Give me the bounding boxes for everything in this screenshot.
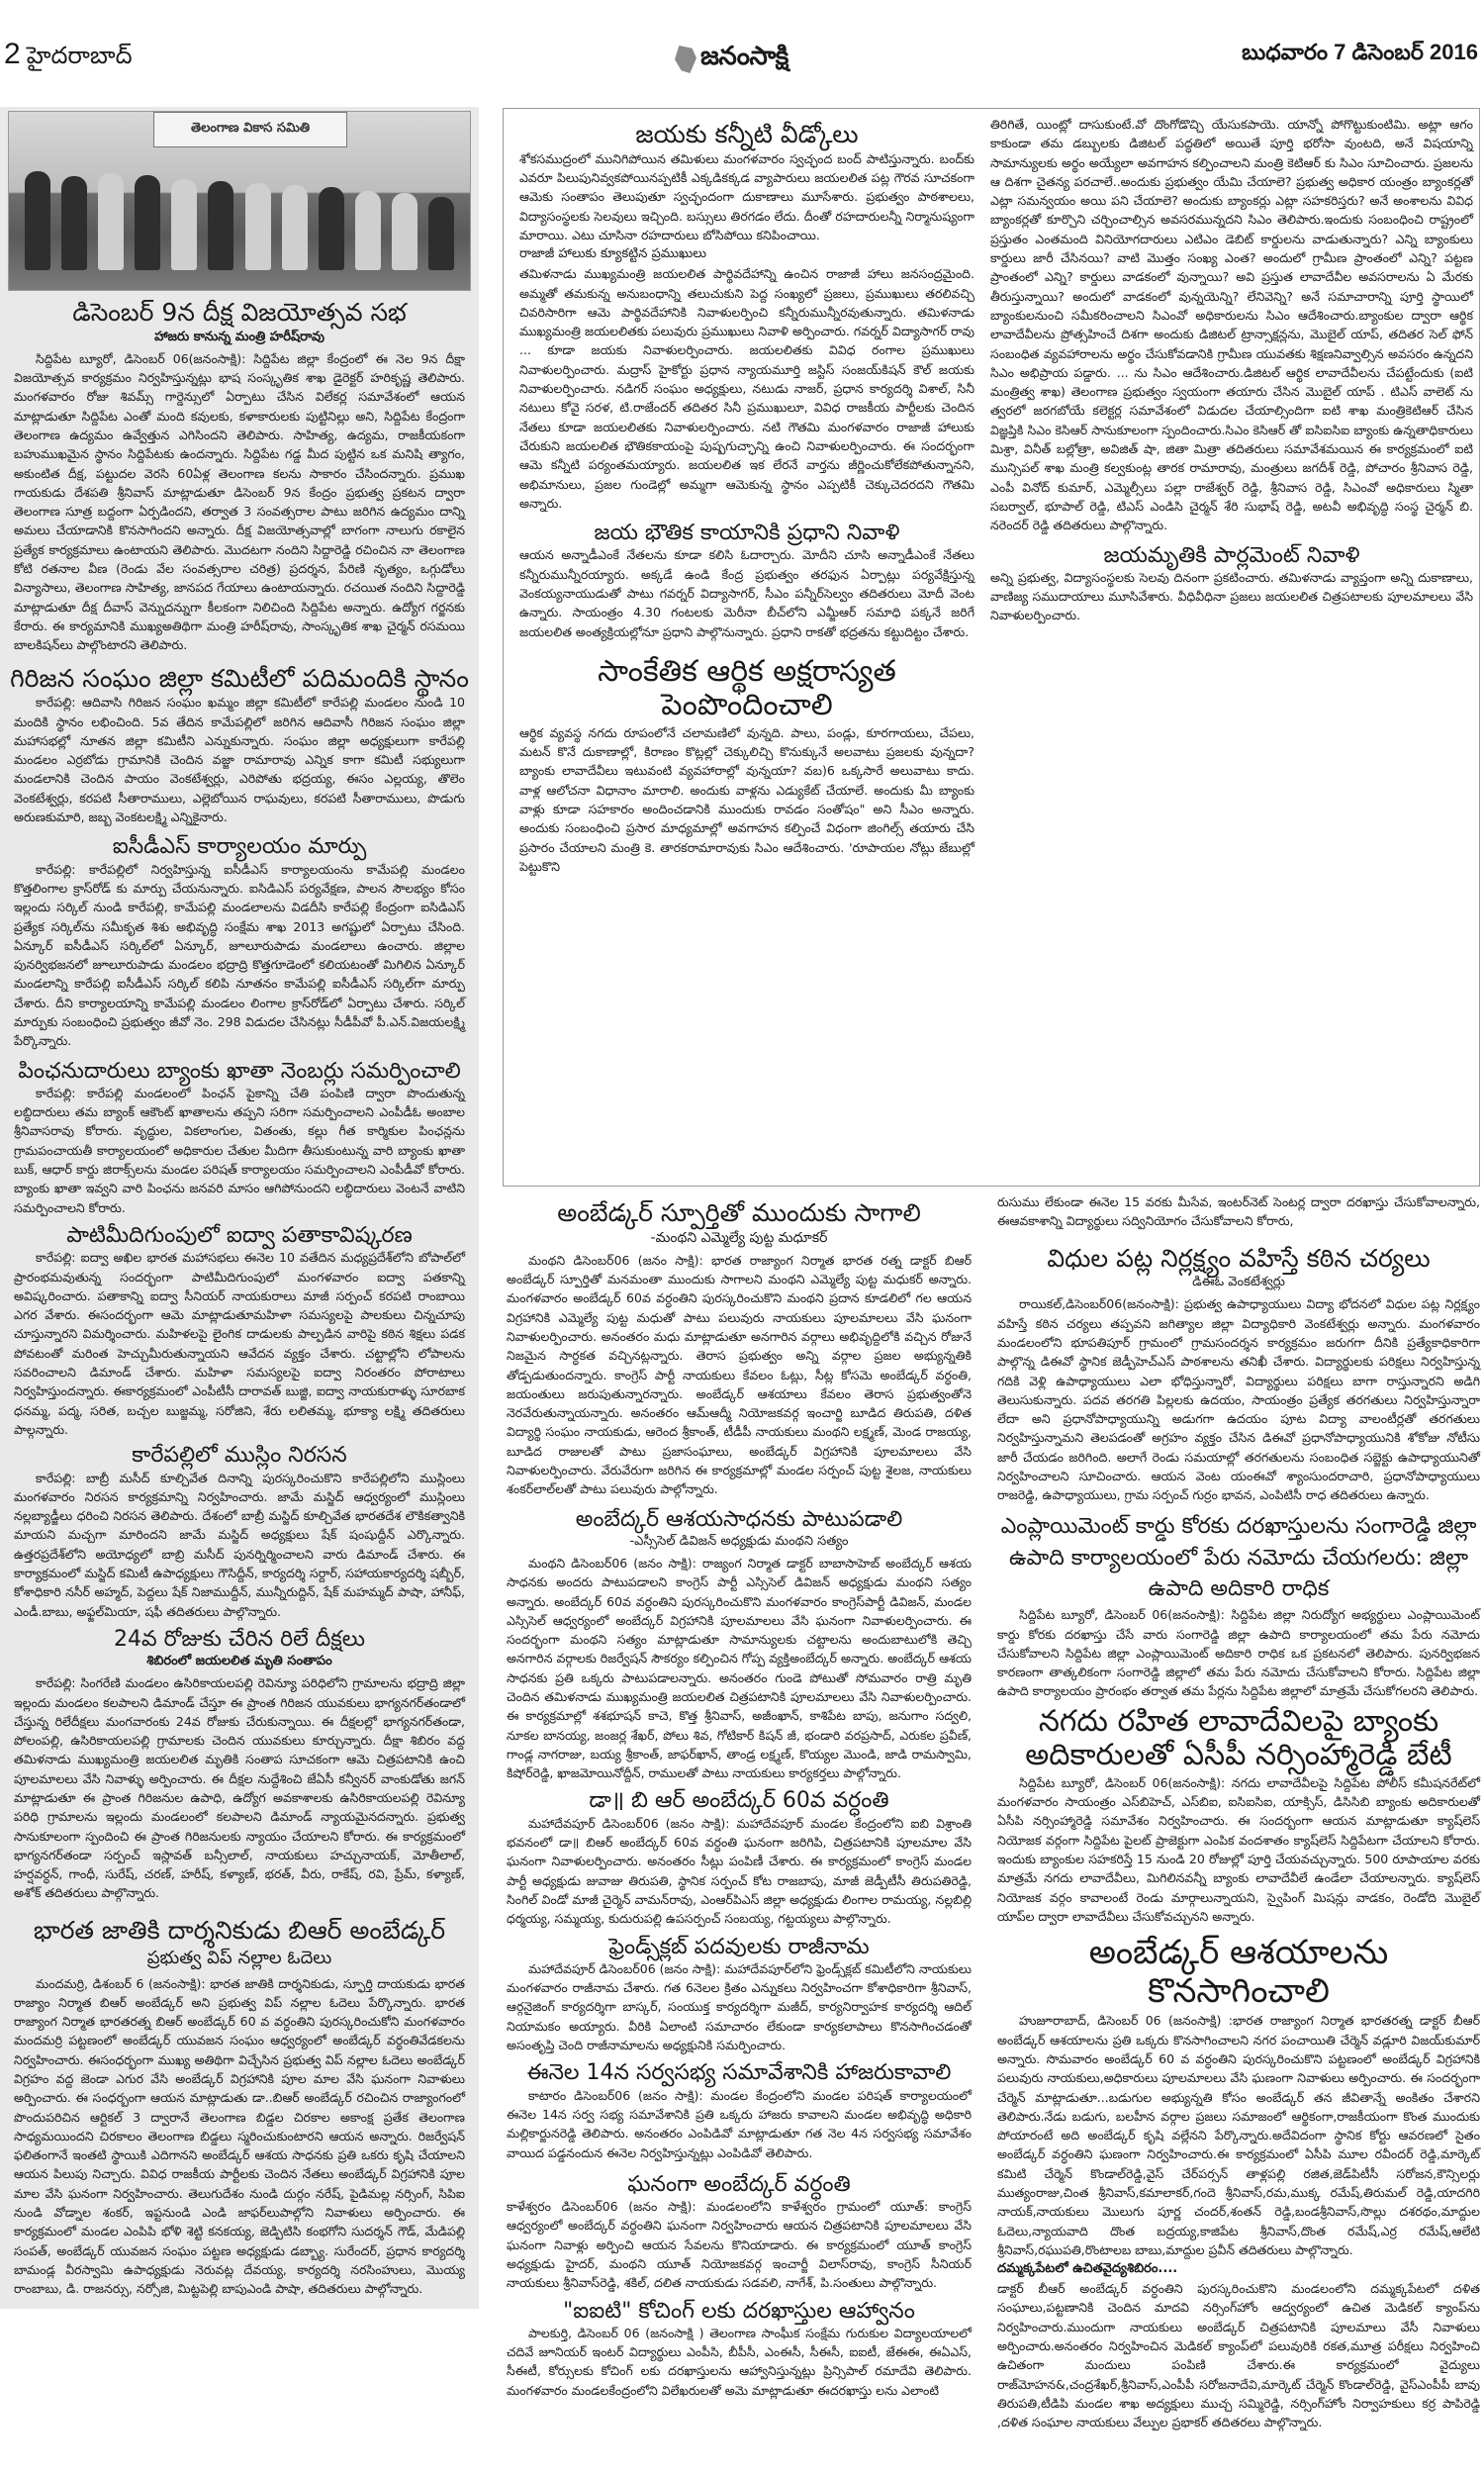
article-subheadline: శిబిరంలో జయలలిత మృతి సంతాపం	[8, 1654, 471, 1671]
article-headline: ఎంప్లాయిమెంట్ కార్డు కోరకు దరఖాస్తులను స…	[997, 1511, 1480, 1606]
article-continuation: రుసుము లేకుండా ఈనెల 15 వరకు మీసేవ, ఇంటర్…	[997, 1192, 1480, 1231]
article-body: ఆర్థిక వ్యవస్థ నగదు రూపంలోనే చలామణిలో వు…	[519, 723, 974, 876]
article: విధుల పట్ల నిర్లక్ష్యం వహిస్తే కఠిన చర్య…	[997, 1245, 1480, 1505]
article-body: మంథని డిసెంబర్06 (జనం సాక్షి): రాజ్యంగ న…	[507, 1554, 972, 1783]
article: పాటిమీదిగుంపులో ఐద్వా పతాకావిష్కరణ కారేప…	[8, 1223, 471, 1439]
article-body: కాటారం డిసెంబర్06 (జనం సాక్షి): మండల కేం…	[507, 2086, 972, 2162]
article: ఎంప్లాయిమెంట్ కార్డు కోరకు దరఖాస్తులను స…	[997, 1511, 1480, 1701]
article: అంబేడ్కర్ ఆశయాలను కొనసాగించాలి హుజూరాబాద…	[997, 1934, 1480, 2431]
article: గిరిజన సంఘం జిల్లా కమిటీలో పదిమందికి స్థ…	[8, 665, 471, 827]
article: జయకు కన్నీటి వీడ్కోలు శోకసముద్రంలో మునిగ…	[519, 121, 974, 513]
article-side-heading: రాజాజీ హాలుకు క్యూకట్టిన ప్రముఖులు	[519, 246, 974, 264]
telangana-map-icon	[675, 46, 696, 73]
article-body: హుజూరాబాద్, డిసెంబర్ 06 (జనంసాక్షి) :భార…	[997, 2011, 1480, 2259]
article-continuation: తిరిగితే, యింట్లో దాసుకుంటే.వో దొంగోడొచ్…	[990, 115, 1473, 535]
article-body: పాలకుర్తి, డిసెంబర్ 06 (జనంసాక్షి ) తెలం…	[507, 2324, 972, 2400]
article-headline: 24వ రోజుకు చేరిన రిలే దీక్షలు	[8, 1627, 471, 1652]
section-city: హైదరాబాద్	[27, 43, 133, 69]
article-body: ఆయన అన్నాడీఎంకే నేతలను కూడా కలిసి ఓదార్చ…	[519, 545, 974, 640]
article-subheadline: ప్రభుత్వ విప్ నల్లాల ఓదెలు	[8, 1948, 471, 1972]
article-body: రాయికల్,డిసెంబర్06(జనంసాక్షి): ప్రభుత్వ …	[997, 1294, 1480, 1504]
article-body: మంథని డిసెంబర్06 (జనం సాక్షి): భారత రాజ్…	[507, 1251, 972, 1499]
article: ఐసీడీఎస్ కార్యాలయం మార్పు కారేపల్లి: కార…	[8, 834, 471, 1050]
article-body: సిద్దిపేట బ్యూరో, డిసెంబర్ 06(జనంసాక్షి)…	[8, 349, 471, 655]
right-lower-column: రుసుము లేకుండా ఈనెల 15 వరకు మీసేవ, ఇంటర్…	[997, 1192, 1480, 2432]
newspaper-name: జనంసాక్షి	[700, 42, 788, 77]
article-headline: పాటిమీదిగుంపులో ఐద్వా పతాకావిష్కరణ	[8, 1223, 471, 1248]
article-body: మహాదేవపూర్ డిసెంబర్06 (జనం సాక్షి): మహాద…	[507, 1959, 972, 2054]
article-headline: ఘనంగా అంబేద్కర్ వర్ధంతి	[507, 2172, 972, 2197]
article: అంబేద్కర్ ఆశయసాధనకు పాటుపడాలి -ఎస్సీసెల్…	[507, 1507, 972, 1783]
article-headline: విధుల పట్ల నిర్లక్ష్యం వహిస్తే కఠిన చర్య…	[997, 1245, 1480, 1274]
article-headline: జయ భౌతిక కాయానికి ప్రధాని నివాళి	[519, 521, 974, 545]
article-body: మందమర్రి, డిశంబర్ 6 (జనంసాక్షి): భారత జా…	[8, 1974, 471, 2299]
article-headline: డా॥ బి ఆర్ అంబేద్కర్ 60వ వర్ధంతి	[507, 1788, 972, 1813]
article: జయమృతికి పార్లమెంట్ నివాళి అన్ని ప్రభుత్…	[990, 543, 1473, 625]
article-subheadline: హాజరు కానున్న మంత్రి హరీష్‌రావు	[8, 330, 471, 347]
article: 24వ రోజుకు చేరిన రిలే దీక్షలు శిబిరంలో జ…	[8, 1627, 471, 1903]
article-headline: ఈనెల 14న సర్వసభ్య సమావేశానికి హాజరుకావాల…	[507, 2060, 972, 2085]
seated-people-illustration	[9, 161, 470, 270]
article: డిసెంబర్ 9న దీక్ష విజయోత్సవ సభ హాజరు కాన…	[8, 299, 471, 655]
page-number: 2హైదరాబాద్	[4, 38, 133, 75]
article: ఫ్రెండ్స్‌క్లబ్ పదవులకు రాజీనామ మహాదేవపూ…	[507, 1935, 972, 2055]
news-photo: తెలంగాణ వికాస సమితి	[8, 111, 471, 291]
article: "ఐఐటి" కోచింగ్ లకు దరఖాస్తుల ఆహ్వానం పాల…	[507, 2299, 972, 2400]
article-headline: అంబేద్కర్ ఆశయసాధనకు పాటుపడాలి	[507, 1507, 972, 1532]
article-headline: "ఐఐటి" కోచింగ్ లకు దరఖాస్తుల ఆహ్వానం	[507, 2299, 972, 2324]
article: డా॥ బి ఆర్ అంబేద్కర్ 60వ వర్ధంతి మహాదేవప…	[507, 1788, 972, 1928]
masthead: 2హైదరాబాద్ జనంసాక్షి బుధవారం 7 డిసెంబర్ …	[0, 38, 1484, 97]
article-side-heading: దమ్మక్కపేటలో ఉచితవైద్యశిబిరం....	[997, 2261, 1480, 2279]
issue-date: బుధవారం 7 డిసెంబర్ 2016	[1242, 40, 1478, 70]
article-headline: గిరిజన సంఘం జిల్లా కమిటీలో పదిమందికి స్థ…	[8, 665, 471, 694]
article-headline: కారేపల్లిలో ముస్లిం నిరసన	[8, 1443, 471, 1468]
article-headline: డిసెంబర్ 9న దీక్ష విజయోత్సవ సభ	[8, 299, 471, 328]
middle-lower-column: అంబేడ్కర్ స్పూర్తితో ముందుకు సాగాలి -మంథ…	[507, 1199, 972, 2400]
article: అంబేడ్కర్ స్పూర్తితో ముందుకు సాగాలి -మంథ…	[507, 1199, 972, 1499]
article-headline: ఫ్రెండ్స్‌క్లబ్ పదవులకు రాజీనామ	[507, 1935, 972, 1959]
article-headline: ఐసీడీఎస్ కార్యాలయం మార్పు	[8, 834, 471, 859]
article-subheadline: -ఎస్సీసెల్ డివిజన్ అధ్యక్షుడు మంథని సత్య…	[507, 1534, 972, 1552]
article-headline: పింఛనుదారులు బ్యాంకు ఖాతా నెంబర్లు సమర్ప…	[8, 1059, 471, 1084]
boxed-feature-section: జయకు కన్నీటి వీడ్కోలు శోకసముద్రంలో మునిగ…	[503, 108, 1480, 1187]
article-headline: నగదు రహిత లావాదేవిలపై బ్యాంకు అదికారులతో…	[997, 1705, 1480, 1773]
article: కారేపల్లిలో ముస్లిం నిరసన కారేపల్లి: బాబ…	[8, 1443, 471, 1621]
photo-banner: తెలంగాణ వికాస సమితి	[153, 112, 347, 147]
article-body: మహాదేవపూర్ డిసెంబర్06 (జనం సాక్షి): మహాద…	[507, 1814, 972, 1929]
article-body: కారేపల్లి: కారేపల్లిలో నిర్వహిస్తున్న ఐస…	[8, 860, 471, 1051]
article-body: కారేపల్లి: బాబ్రీ మసీద్ కూల్చివేత దినాన్…	[8, 1469, 471, 1621]
article-body: తమిళనాడు ముఖ్యమంత్రి జయలలిత పార్థివదేహాన…	[519, 264, 974, 513]
article-headline: అంబేడ్కర్ స్పూర్తితో ముందుకు సాగాలి	[507, 1199, 972, 1228]
article-body: శోకసముద్రంలో మునిగిపోయిన తమిళులు మంగళవార…	[519, 149, 974, 244]
article-body: అన్ని ప్రభుత్వ, విద్యాసంస్థలకు సెలవు దిన…	[990, 568, 1473, 625]
article: జయ భౌతిక కాయానికి ప్రధాని నివాళి ఆయన అన్…	[519, 521, 974, 641]
article: ఘనంగా అంబేద్కర్ వర్ధంతి కాళేశ్వరం డిసెంబ…	[507, 2172, 972, 2293]
article-body: కారేపల్లి: ఐద్వా అఖిల భారత మహాసభలు ఈనెల …	[8, 1248, 471, 1439]
article: ఈనెల 14న సర్వసభ్య సమావేశానికి హాజరుకావాల…	[507, 2060, 972, 2161]
article-body: కాళేశ్వరం డిసెంబర్06 (జనం సాక్షి): మండలం…	[507, 2197, 972, 2292]
article-body: డాక్టర్ బీఆర్ అంబేడ్కర్ వర్ధంతిని పురస్క…	[997, 2279, 1480, 2431]
article-headline: భారత జాతికి దార్శనికుడు బిఆర్ అంబేడ్కర్	[8, 1917, 471, 1946]
article-body: కారేపల్లి: కారేపల్లి మండలంలో పింఛన్ పైకా…	[8, 1084, 471, 1217]
article-body: కారేపల్లి: ఆదివాసి గిరిజన సంఘం ఖమ్మం జిల…	[8, 693, 471, 826]
boxed-middle-column: జయకు కన్నీటి వీడ్కోలు శోకసముద్రంలో మునిగ…	[519, 121, 974, 876]
article-headline: జయమృతికి పార్లమెంట్ నివాళి	[990, 543, 1473, 568]
article: పింఛనుదారులు బ్యాంకు ఖాతా నెంబర్లు సమర్ప…	[8, 1059, 471, 1217]
article: భారత జాతికి దార్శనికుడు బిఆర్ అంబేడ్కర్ …	[8, 1917, 471, 2299]
boxed-right-column: తిరిగితే, యింట్లో దాసుకుంటే.వో దొంగోడొచ్…	[990, 109, 1473, 625]
article-headline: అంబేడ్కర్ ఆశయాలను కొనసాగించాలి	[997, 1934, 1480, 2011]
left-column: తెలంగాణ వికాస సమితి డిసెంబర్ 9న దీక్ష వి…	[0, 107, 479, 2309]
article-headline: సాంకేతిక ఆర్థిక అక్షరాస్యత పెంపొందించాలి	[519, 655, 974, 723]
article-body: కారేపల్లి: సింగరేణి మండలం ఉసిరికాయలపల్లి…	[8, 1673, 471, 1903]
article-body: సిద్దిపేట బ్యూరో, డిసెంబర్ 06(జనంసాక్షి)…	[997, 1605, 1480, 1700]
article-body: సిద్దిపేట బ్యూరో, డిసెంబర్ 06(జనంసాక్షి)…	[997, 1773, 1480, 1926]
article-headline: జయకు కన్నీటి వీడ్కోలు	[519, 121, 974, 149]
article-subheadline: డిఈఓ వెంకటేశ్వర్లు	[997, 1275, 1480, 1292]
newspaper-logo: జనంసాక్షి	[675, 42, 788, 77]
article: నగదు రహిత లావాదేవిలపై బ్యాంకు అదికారులతో…	[997, 1705, 1480, 1926]
article: సాంకేతిక ఆర్థిక అక్షరాస్యత పెంపొందించాలి…	[519, 655, 974, 876]
article-subheadline: -మంథని ఎమ్మెల్యే పుట్ట మధూకర్	[507, 1230, 972, 1249]
